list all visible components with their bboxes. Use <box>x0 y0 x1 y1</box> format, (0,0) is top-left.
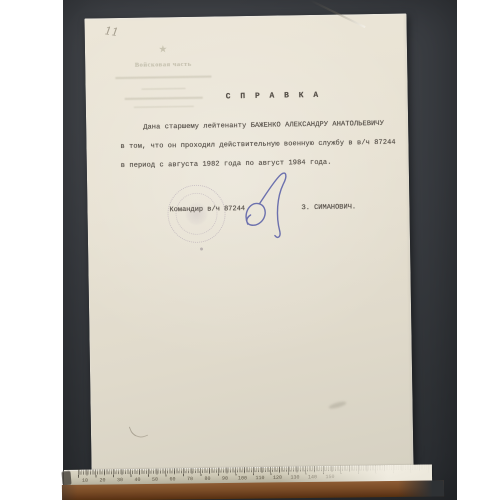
paper-smudge <box>328 400 347 410</box>
letterhead-stamp-faded-line <box>142 87 186 89</box>
letterhead-stamp: ★ Войсковая часть <box>99 44 228 108</box>
pencil-mark: 11 <box>104 24 120 39</box>
paper-document: 11 ★ Войсковая часть С П Р А В К А Дана … <box>84 13 413 470</box>
letterhead-stamp-unit-line: Войсковая часть <box>99 60 227 69</box>
letterhead-stamp-faded-line <box>134 105 194 107</box>
body-line: Дана старшему лейтенанту БАЖЕНКО АЛЕКСАН… <box>143 120 384 132</box>
body-line: в том, что он проходил действительную во… <box>120 139 395 151</box>
letterhead-stamp-faded-line <box>115 76 211 79</box>
ruler-end-clip <box>61 471 71 486</box>
letterhead-stamp-faded-line <box>125 97 203 100</box>
star-icon: ★ <box>99 44 227 56</box>
seal-ink-dot <box>200 247 203 250</box>
handwritten-signature <box>233 169 314 248</box>
document-title: С П Р А В К А <box>226 91 321 101</box>
pencil-squiggle <box>129 422 148 441</box>
photo-of-document: 11 ★ Войсковая часть С П Р А В К А Дана … <box>0 0 500 500</box>
